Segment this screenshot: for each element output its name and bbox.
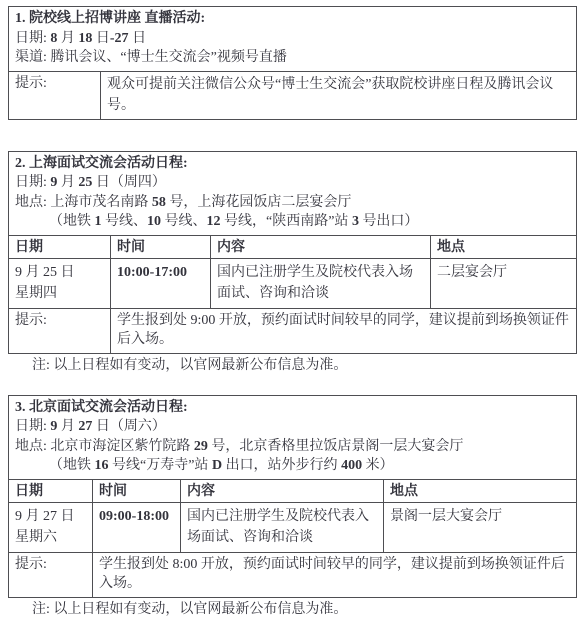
section3-date: 日期: 9 月 27 日（周六）: [15, 417, 570, 437]
section2-info-cell: 2. 上海面试交流会活动日程: 日期: 9 月 25 日（周四） 地点: 上海市…: [9, 152, 576, 236]
section2-note: 注: 以上日程如有变动，以官网最新公布信息为准。: [8, 354, 577, 375]
column-header-time: 时间: [93, 480, 181, 502]
schedule-date: 9 月 25 日: [15, 262, 104, 283]
section2-date: 日期: 9 月 25 日（周四）: [15, 173, 570, 193]
section3-place: 地点: 北京市海淀区紫竹院路 29 号，北京香格里拉饭店景阁一层大宴会厅: [15, 437, 570, 457]
column-header-date: 日期: [9, 236, 111, 258]
section2-table-header: 日期 时间 内容 地点: [9, 236, 576, 259]
schedule-date: 9 月 27 日: [15, 506, 86, 527]
column-header-content: 内容: [181, 480, 384, 502]
section2-schedule-row: 9 月 25 日 星期四 10:00-17:00 国内已注册学生及院校代表入场面…: [9, 259, 576, 309]
schedule-venue: 景阁一层大宴会厅: [384, 503, 576, 552]
section2-place: 地点: 上海市茂名南路 58 号，上海花园饭店二层宴会厅: [15, 193, 570, 213]
document-page: 1. 院校线上招博讲座 直播活动: 日期: 8 月 18 日-27 日 渠道: …: [0, 0, 587, 588]
section2-metro: （地铁 1 号线、10 号线、12 号线，“陕西南路”站 3 号出口）: [15, 212, 570, 232]
section2-table: 2. 上海面试交流会活动日程: 日期: 9 月 25 日（周四） 地点: 上海市…: [8, 151, 577, 354]
schedule-weekday: 星期六: [15, 527, 86, 548]
section1-table: 1. 院校线上招博讲座 直播活动: 日期: 8 月 18 日-27 日 渠道: …: [8, 6, 577, 120]
schedule-date-cell: 9 月 25 日 星期四: [9, 259, 111, 308]
section1-info-cell: 1. 院校线上招博讲座 直播活动: 日期: 8 月 18 日-27 日 渠道: …: [9, 7, 576, 72]
section3-table-header: 日期 时间 内容 地点: [9, 480, 576, 503]
section1-tip-row: 提示: 观众可提前关注微信公众号“博士生交流会”获取院校讲座日程及腾讯会议号。: [9, 72, 576, 119]
section3-tip-row: 提示: 学生报到处 8:00 开放，预约面试时间较早的同学，建议提前到场换领证件…: [9, 553, 576, 597]
section1-tip-content: 观众可提前关注微信公众号“博士生交流会”获取院校讲座日程及腾讯会议号。: [101, 72, 576, 119]
column-header-date: 日期: [9, 480, 93, 502]
section3-table: 3. 北京面试交流会活动日程: 日期: 9 月 27 日（周六） 地点: 北京市…: [8, 395, 577, 598]
schedule-time: 10:00-17:00: [111, 259, 211, 308]
section3-info-cell: 3. 北京面试交流会活动日程: 日期: 9 月 27 日（周六） 地点: 北京市…: [9, 396, 576, 480]
section1-title: 1. 院校线上招博讲座 直播活动:: [15, 9, 570, 29]
schedule-time: 09:00-18:00: [93, 503, 181, 552]
section3-note: 注: 以上日程如有变动，以官网最新公布信息为准。: [8, 598, 577, 619]
column-header-content: 内容: [211, 236, 431, 258]
schedule-weekday: 星期四: [15, 283, 104, 304]
column-header-venue: 地点: [384, 480, 576, 502]
column-header-time: 时间: [111, 236, 211, 258]
schedule-venue: 二层宴会厅: [431, 259, 576, 308]
section3-tip-label: 提示:: [9, 553, 93, 597]
section2-tip-row: 提示: 学生报到处 9:00 开放，预约面试时间较早的同学，建议提前到场换领证件…: [9, 309, 576, 353]
schedule-date-cell: 9 月 27 日 星期六: [9, 503, 93, 552]
section3-title: 3. 北京面试交流会活动日程:: [15, 398, 570, 418]
section1-channel: 渠道: 腾讯会议、“博士生交流会”视频号直播: [15, 48, 570, 68]
column-header-venue: 地点: [431, 236, 576, 258]
section2-title: 2. 上海面试交流会活动日程:: [15, 154, 570, 174]
schedule-content: 国内已注册学生及院校代表入场面试、咨询和洽谈: [211, 259, 431, 308]
schedule-content: 国内已注册学生及院校代表入场面试、咨询和洽谈: [181, 503, 384, 552]
section3-metro: （地铁 16 号线“万寿寺”站 D 出口，站外步行约 400 米）: [15, 456, 570, 476]
section1-tip-label: 提示:: [9, 72, 101, 119]
section2-tip-label: 提示:: [9, 309, 111, 353]
section1-date: 日期: 8 月 18 日-27 日: [15, 29, 570, 49]
section3-schedule-row: 9 月 27 日 星期六 09:00-18:00 国内已注册学生及院校代表入场面…: [9, 503, 576, 553]
section3-tip-content: 学生报到处 8:00 开放，预约面试时间较早的同学，建议提前到场换领证件后入场。: [93, 553, 576, 597]
section2-tip-content: 学生报到处 9:00 开放，预约面试时间较早的同学，建议提前到场换领证件后入场。: [111, 309, 576, 353]
